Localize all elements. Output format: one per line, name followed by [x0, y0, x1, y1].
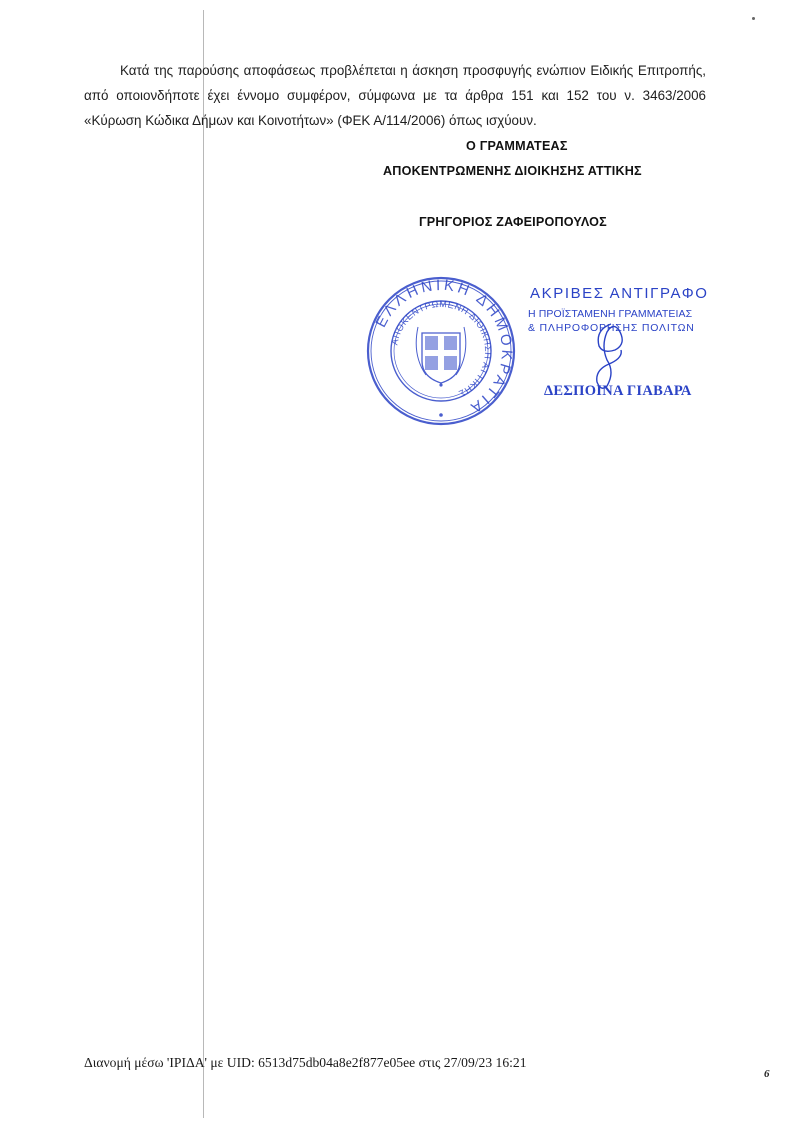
signatory-name: ΓΡΗΓΟΡΙΟΣ ΖΑΦΕΙΡΟΠΟΥΛΟΣ: [419, 215, 607, 229]
page-number: 6: [764, 1068, 770, 1080]
certified-copy-heading: ΑΚΡΙΒΕΣ ΑΝΤΙΓΡΑΦΟ: [530, 285, 709, 302]
appeal-paragraph: Κατά της παρούσης αποφάσεως προβλέπεται …: [84, 58, 706, 133]
signatory-title: Ο ΓΡΑΜΜΑΤΕΑΣ: [466, 139, 568, 153]
official-seal-icon: ΕΛΛΗΝΙΚΗ ΔΗΜΟΚΡΑΤΙΑ ΑΠΟΚΕΝΤΡΩΜΕΝΗ ΔΙΟΙΚΗ…: [366, 275, 516, 427]
scan-speck: [752, 17, 755, 20]
signatory-organization: ΑΠΟΚΕΝΤΡΩΜΕΝΗΣ ΔΙΟΙΚΗΣΗΣ ΑΤΤΙΚΗΣ: [383, 164, 642, 178]
scan-artifact-line: [203, 10, 204, 1118]
certified-copy-signer: ΔΕΣΠΟΙΝΑ ΓΙΑΒΑΡΑ: [544, 383, 692, 400]
certified-copy-role-line1: Η ΠΡΟΪΣΤΑΜΕΝΗ ΓΡΑΜΜΑΤΕΙΑΣ: [528, 308, 692, 320]
distribution-footer: Διανομή μέσω 'ΙΡΙΔΑ' με UID: 6513d75db04…: [84, 1055, 527, 1071]
